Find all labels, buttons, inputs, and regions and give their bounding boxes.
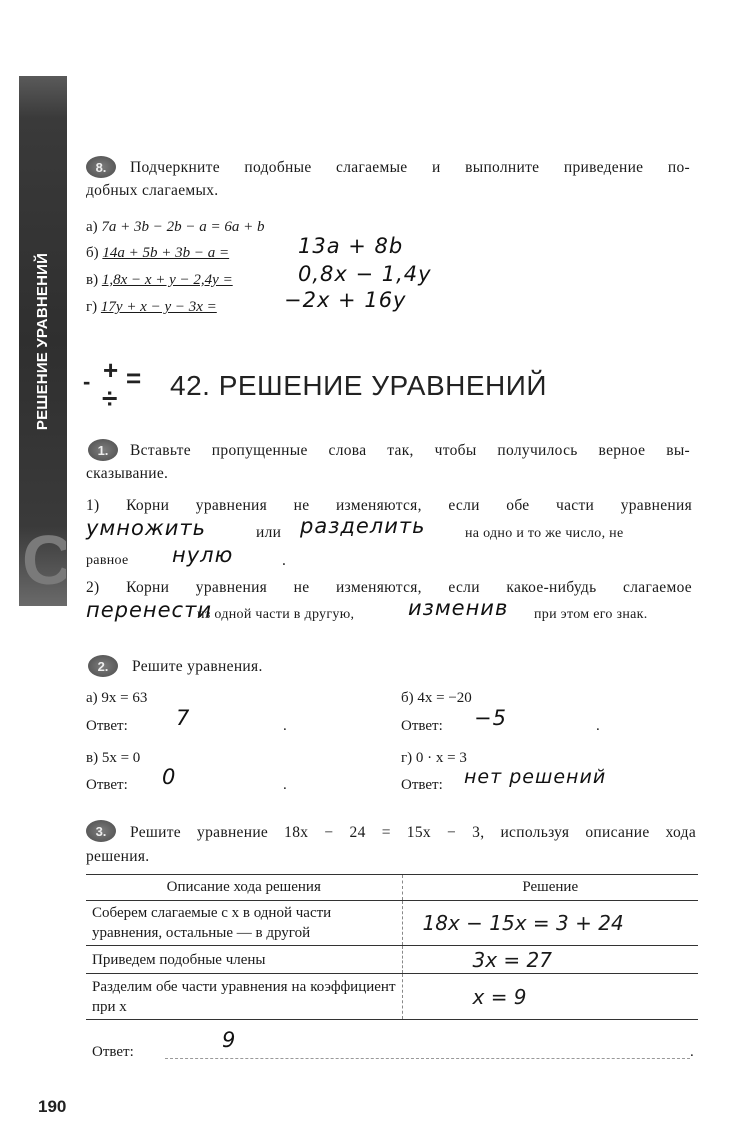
table-row: Соберем слагаемые с x в одной части урав… [86,901,698,946]
fill-in-1: умножить [86,516,206,540]
task-instruction-cont: добных слагаемых. [86,180,218,202]
step-solution: 3x = 27 [402,946,698,974]
step-solution: x = 9 [402,974,698,1020]
equation-b: б) 4x = −20 [401,688,472,708]
statement-2-tail: при этом его знак. [534,604,648,626]
handwritten-answer-b: 13a + 8b [298,234,403,258]
answer-b: −5 [474,706,507,730]
statement-1-line-3: равное [86,550,129,572]
task-number-badge: 1. [88,439,118,461]
handwritten-answer-g: −2x + 16y [284,288,406,312]
task-number-badge: 2. [88,655,118,677]
equation-a: а) 9x = 63 [86,688,147,708]
connector-word: или [256,522,281,544]
section-title: 42. РЕШЕНИЕ УРАВНЕНИЙ [170,370,547,402]
page-number: 190 [38,1097,66,1117]
task-number-badge: 8. [86,156,116,178]
solution-steps-table: Описание хода решения Решение Соберем сл… [86,874,698,1020]
statement-1-tail: на одно и то же число, не [465,523,624,545]
table-row: Приведем подобные члены 3x = 27 [86,946,698,974]
expression-g: г) 17y + x − y − 3x = [86,297,217,317]
expression-v: в) 1,8x − x + y − 2,4y = [86,270,233,290]
step-description: Разделим обе части уравнения на коэффици… [86,974,402,1020]
chapter-tab-label: РЕШЕНИЕ УРАВНЕНИЙ [35,252,52,429]
answer-v: 0 [162,765,176,789]
final-answer: 9 [222,1028,236,1052]
table-row: Разделим обе части уравнения на коэффици… [86,974,698,1020]
task-instruction: Вставьте пропущенные слова так, чтобы по… [130,440,690,462]
statement-2-mid: из одной части в другую, [197,604,354,626]
fill-in-4: перенести [86,598,212,622]
expression-b: б) 14a + 5b + 3b − a = [86,243,229,263]
equation-v: в) 5x = 0 [86,748,140,768]
step-description: Приведем подобные члены [86,946,402,974]
column-header-description: Описание хода решения [86,875,402,901]
task-instruction-cont: решения. [86,846,149,868]
answer-label: Ответ: [401,716,443,736]
answer-label: Ответ: [92,1042,134,1062]
answer-label: Ответ: [86,716,128,736]
fill-in-2: разделить [300,514,425,538]
chapter-letter: С [22,525,66,595]
task-instruction: Решите уравнение 18x − 24 = 15x − 3, исп… [130,822,696,844]
handwritten-answer-v: 0,8x − 1,4y [298,262,432,286]
statement-2-line-1: 2) Корни уравнения не изменяются, если к… [86,577,692,599]
step-description: Соберем слагаемые с x в одной части урав… [86,901,402,946]
step-solution: 18x − 15x = 3 + 24 [402,901,698,946]
task-instruction: Решите уравнения. [132,656,263,678]
fill-in-5: изменив [408,596,508,620]
answer-line [165,1058,690,1059]
answer-label: Ответ: [401,775,443,795]
answer-g: нет решений [464,766,606,788]
answer-a: 7 [176,706,190,730]
fill-in-3: нулю [172,543,233,567]
answer-label: Ответ: [86,775,128,795]
column-header-solution: Решение [402,875,698,901]
task-instruction: Подчеркните подобные слагаемые и выполни… [130,157,690,179]
arithmetic-operations-icon: + - = ÷ [83,355,153,425]
expression-a: а) 7a + 3b − 2b − a = 6a + b [86,217,265,237]
task-instruction-cont: сказывание. [86,463,168,485]
table-header-row: Описание хода решения Решение [86,875,698,901]
equation-g: г) 0 · x = 3 [401,748,467,768]
task-number-badge: 3. [86,820,116,842]
